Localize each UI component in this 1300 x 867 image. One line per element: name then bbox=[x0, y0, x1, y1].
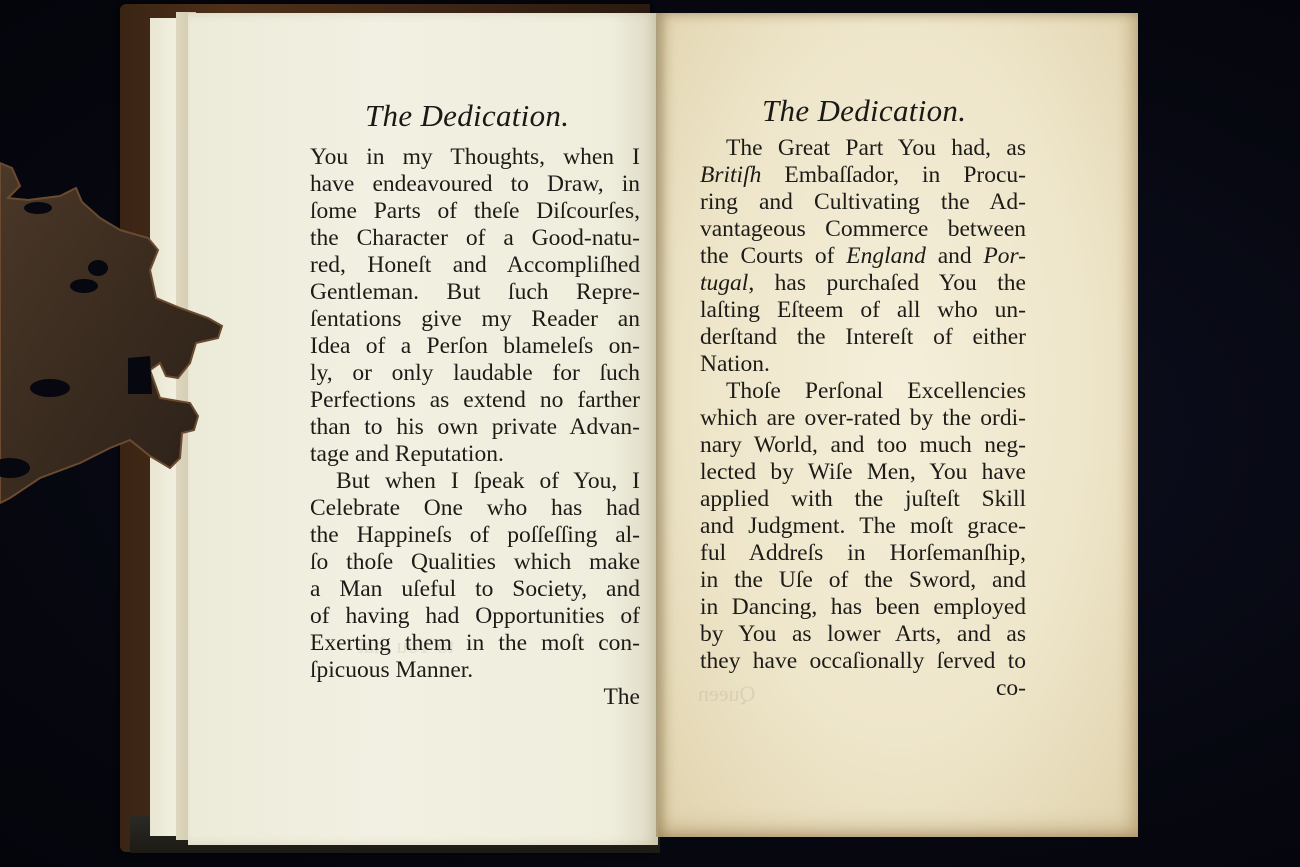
italic-word: Por- bbox=[983, 243, 1026, 269]
italic-word: Britiſh bbox=[700, 162, 761, 188]
text-line: red, Honeſt and Accompliſhed bbox=[310, 252, 640, 279]
text-line: ſpicuous Manner. bbox=[310, 657, 640, 684]
text-line: ſentations give my Reader an bbox=[310, 306, 640, 333]
italic-word: England bbox=[846, 243, 926, 269]
text-line: lected by Wiſe Men, You have bbox=[700, 459, 1026, 486]
text-line: in the Uſe of the Sword, and bbox=[700, 567, 1026, 594]
text-line: The Great Part You had, as bbox=[700, 135, 1026, 162]
text-line: which are over-rated by the ordi- bbox=[700, 405, 1026, 432]
text-line: vantageous Commerce between bbox=[700, 216, 1026, 243]
text-line: ſome Parts of theſe Diſcourſes, bbox=[310, 198, 640, 225]
text-span: the Courts of bbox=[700, 243, 846, 269]
text-line: in Dancing, has been employed bbox=[700, 594, 1026, 621]
text-line: You in my Thoughts, when I bbox=[310, 144, 640, 171]
running-head-right: The Dedication. bbox=[762, 93, 966, 129]
text-span: , has purchaſed You the bbox=[748, 270, 1026, 296]
right-page: Queen The Dedication. The Great Part You… bbox=[658, 13, 1138, 837]
right-page-body: The Great Part You had, as Britiſh Embaſ… bbox=[700, 135, 1026, 702]
text-line: Britiſh Embaſſador, in Procu- bbox=[700, 162, 1026, 189]
text-line: Nation. bbox=[700, 351, 1026, 378]
text-line: ly, or only laudable for ſuch bbox=[310, 360, 640, 387]
text-line: ful Addreſs in Horſemanſhip, bbox=[700, 540, 1026, 567]
text-line: the Character of a Good-natu- bbox=[310, 225, 640, 252]
catchword: The bbox=[310, 684, 640, 711]
text-span: Embaſſador, in Procu- bbox=[761, 162, 1026, 188]
text-line: than to his own private Advan- bbox=[310, 414, 640, 441]
text-line: Celebrate One who has had bbox=[310, 495, 640, 522]
text-line: nary World, and too much neg- bbox=[700, 432, 1026, 459]
text-span: and bbox=[926, 243, 983, 269]
left-page-body: You in my Thoughts, when I have endeavou… bbox=[310, 144, 640, 711]
text-line: a Man uſeful to Society, and bbox=[310, 576, 640, 603]
left-page: to You that The Dedication. You in my Th… bbox=[188, 13, 658, 845]
text-line: Perfections as extend no farther bbox=[310, 387, 640, 414]
text-line: ſo thoſe Qualities which make bbox=[310, 549, 640, 576]
text-line: tage and Reputation. bbox=[310, 441, 640, 468]
text-line: and Judgment. The moſt grace- bbox=[700, 513, 1026, 540]
text-line: derſtand the Intereſt of either bbox=[700, 324, 1026, 351]
text-line: they have occaſionally ſerved to bbox=[700, 648, 1026, 675]
text-line: But when I ſpeak of You, I bbox=[310, 468, 640, 495]
text-line: Idea of a Perſon blameleſs on- bbox=[310, 333, 640, 360]
text-line: have endeavoured to Draw, in bbox=[310, 171, 640, 198]
text-line: tugal, has purchaſed You the bbox=[700, 270, 1026, 297]
text-line: Gentleman. But ſuch Repre- bbox=[310, 279, 640, 306]
text-line: applied with the juſteſt Skill bbox=[700, 486, 1026, 513]
text-line: the Courts of England and Por- bbox=[700, 243, 1026, 270]
text-line: by You as lower Arts, and as bbox=[700, 621, 1026, 648]
text-line: Exerting them in the moſt con- bbox=[310, 630, 640, 657]
running-head-left: The Dedication. bbox=[365, 98, 569, 134]
italic-word: tugal bbox=[700, 270, 748, 296]
book-photo: to You that The Dedication. You in my Th… bbox=[0, 0, 1300, 867]
catchword: co- bbox=[700, 675, 1026, 702]
text-line: laſting Eſteem of all who un- bbox=[700, 297, 1026, 324]
text-line: of having had Opportunities of bbox=[310, 603, 640, 630]
text-line: ring and Cultivating the Ad- bbox=[700, 189, 1026, 216]
text-line: Thoſe Perſonal Excellencies bbox=[700, 378, 1026, 405]
text-line: the Happineſs of poſſeſſing al- bbox=[310, 522, 640, 549]
bronze-clip-icon bbox=[0, 158, 230, 508]
